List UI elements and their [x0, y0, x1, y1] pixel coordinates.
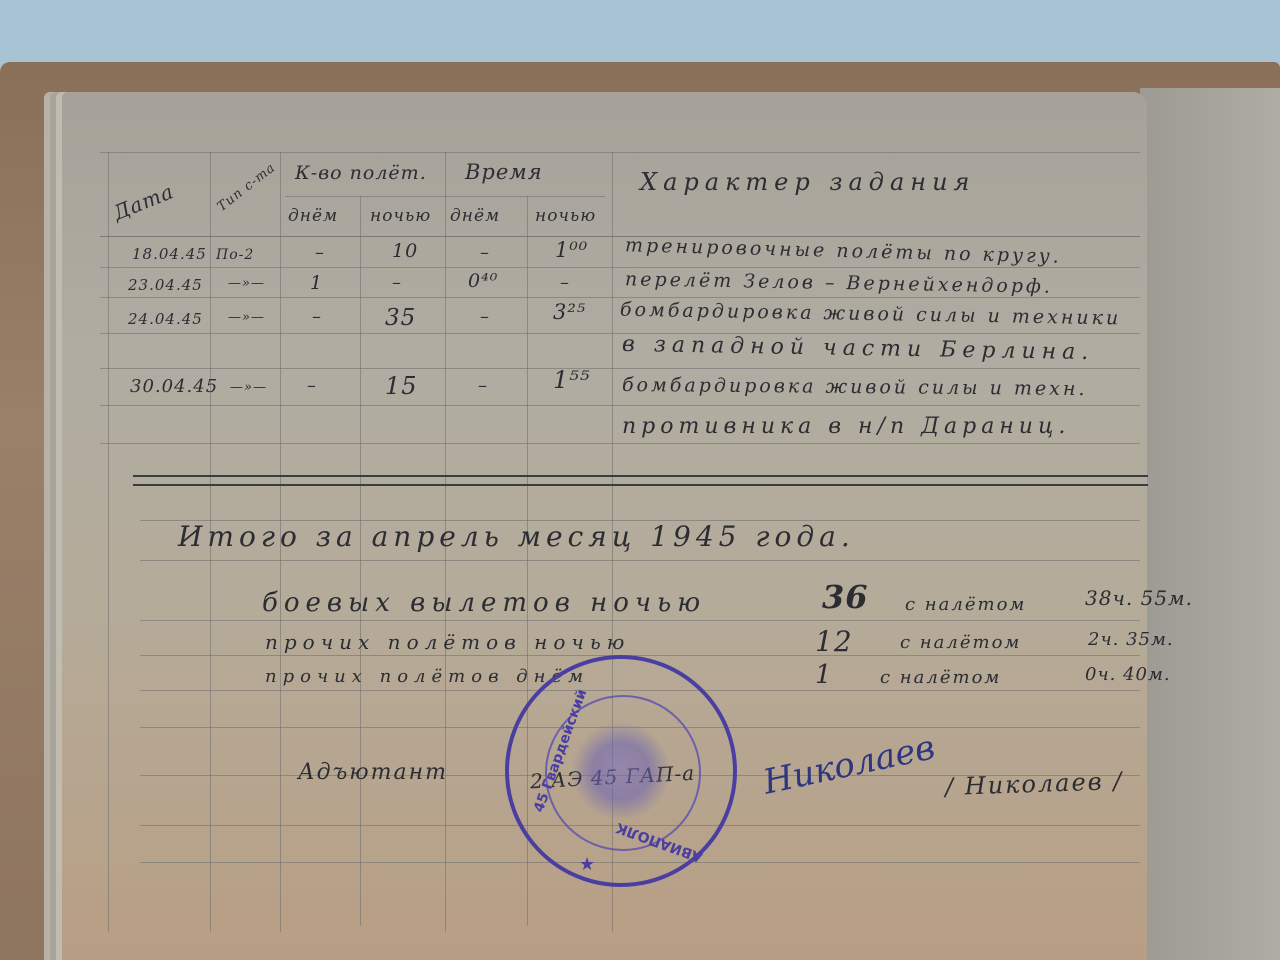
- summary-count: 12: [815, 625, 853, 658]
- cell-day-flights: –: [312, 306, 322, 327]
- signature-role: Адъютант: [298, 760, 448, 785]
- cell-date: 30.04.45: [130, 376, 218, 397]
- summary-with: с налётом: [900, 632, 1021, 653]
- header-night-flights: ночью: [370, 206, 431, 226]
- column-line: [108, 152, 109, 932]
- cell-day-time: 0⁴⁰: [468, 270, 498, 292]
- cell-aircraft: —»—: [230, 380, 267, 395]
- row-line: [100, 333, 1140, 334]
- row-line: [140, 620, 1140, 621]
- row-line: [100, 443, 1140, 444]
- star-icon: ★: [579, 854, 595, 875]
- header-task: Характер задания: [640, 168, 975, 196]
- cell-day-flights: –: [307, 375, 317, 396]
- cell-night-time: 1⁰⁰: [555, 238, 588, 262]
- cell-date: 23.04.45: [128, 276, 203, 294]
- summary-with: с налётом: [905, 594, 1026, 615]
- summary-title: Итого за апрель месяц 1945 года.: [178, 520, 855, 553]
- header-day-flights: днём: [288, 206, 338, 226]
- summary-time: 2ч. 35м.: [1088, 629, 1174, 650]
- cell-night-time: –: [560, 272, 570, 293]
- row-line: [100, 267, 1140, 268]
- column-line: [360, 196, 361, 926]
- cell-aircraft: По-2: [216, 247, 254, 263]
- summary-label: прочих полётов днём: [265, 666, 589, 687]
- cell-task: противника в н/п Дараниц.: [622, 414, 1070, 439]
- summary-with: с налётом: [880, 667, 1001, 688]
- row-line: [140, 560, 1140, 561]
- double-rule-divider: [133, 475, 1148, 486]
- cell-day-flights: –: [315, 242, 325, 263]
- cell-aircraft: —»—: [228, 310, 265, 325]
- cell-day-time: –: [480, 306, 490, 327]
- cell-date: 18.04.45: [132, 245, 207, 263]
- cell-aircraft: —»—: [228, 276, 265, 291]
- header-night-time: ночью: [535, 206, 596, 226]
- row-line: [100, 368, 1140, 369]
- header-time: Время: [465, 160, 543, 184]
- table-top-border: [100, 152, 1140, 153]
- cell-day-time: –: [480, 242, 490, 263]
- cell-night-flights: 35: [385, 305, 416, 331]
- official-stamp: 45 Гвардейский АВИАПОЛК ★: [505, 655, 737, 887]
- cell-night-flights: 15: [385, 372, 418, 400]
- cell-day-flights: 1: [310, 272, 323, 294]
- header-bottom-border: [100, 236, 1140, 237]
- header-day-time: днём: [450, 206, 500, 226]
- cell-night-time: 1⁵⁵: [553, 366, 591, 394]
- header-flights-count: К-во полёт.: [295, 162, 427, 184]
- cell-night-flights: 10: [392, 240, 418, 262]
- cell-date: 24.04.45: [128, 310, 203, 328]
- summary-label: боевых вылетов ночью: [262, 588, 706, 618]
- row-line: [100, 405, 1140, 406]
- summary-time: 0ч. 40м.: [1085, 664, 1171, 685]
- next-page-edge: [1140, 88, 1280, 960]
- cell-task: бомбардировка живой силы и техн.: [622, 374, 1088, 400]
- summary-count: 1: [815, 660, 833, 690]
- ussr-emblem-icon: [571, 721, 671, 821]
- summary-count: 36: [822, 578, 869, 616]
- summary-time: 38ч. 55м.: [1085, 586, 1193, 610]
- summary-label: прочих полётов ночью: [265, 630, 630, 654]
- cell-day-time: –: [478, 375, 488, 396]
- cell-night-flights: –: [392, 272, 402, 293]
- cell-night-time: 3²⁵: [553, 300, 586, 324]
